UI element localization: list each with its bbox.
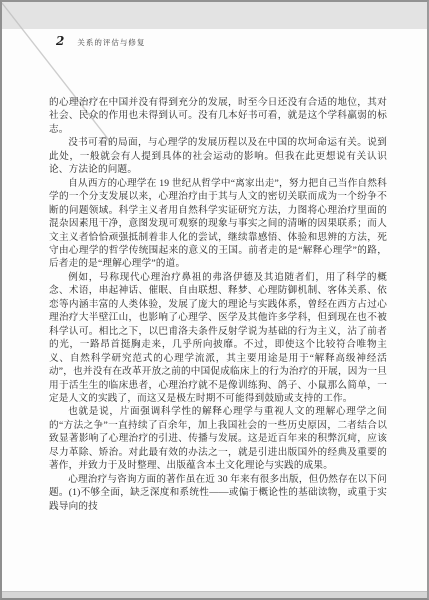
book-page-scan: 2 关系的评估与修复 的心理治疗在中国并没有得到充分的发展，时至今日还没有合适的…	[0, 0, 429, 600]
paragraph-continuation: 的心理治疗在中国并没有得到充分的发展，时至今日还没有合适的地位，其对社会、民众的…	[49, 96, 387, 136]
paragraph: 例如，号称现代心理治疗鼻祖的弗洛伊德及其追随者们，用了科学的概念、术语，串起神话…	[49, 271, 387, 406]
running-head-title: 关系的评估与修复	[77, 37, 145, 48]
paragraph: 心理治疗与咨询方面的著作虽在近 30 年来有很多出版，但仍然存在以下问题。(1)…	[49, 473, 387, 513]
scan-bottom-edge-shadow	[2, 591, 427, 598]
paragraph: 没书可看的局面，与心理学的发展历程以及在中国的坎坷命运有关。说到此处，一般就会有…	[49, 136, 387, 176]
scan-top-band	[2, 2, 427, 29]
page-header: 2 关系的评估与修复	[56, 34, 145, 48]
page-number: 2	[56, 34, 64, 48]
paragraph: 自从西方的心理学在 19 世纪从哲学中“离家出走”，努力把自己当作自然科学的一个…	[49, 177, 387, 271]
paragraph: 也就是说，片面强调科学性的解释心理学与重视人文的理解心理学之间的“方法之争”一直…	[49, 405, 387, 472]
page-body-text: 的心理治疗在中国并没有得到充分的发展，时至今日还没有合适的地位，其对社会、民众的…	[49, 96, 387, 513]
